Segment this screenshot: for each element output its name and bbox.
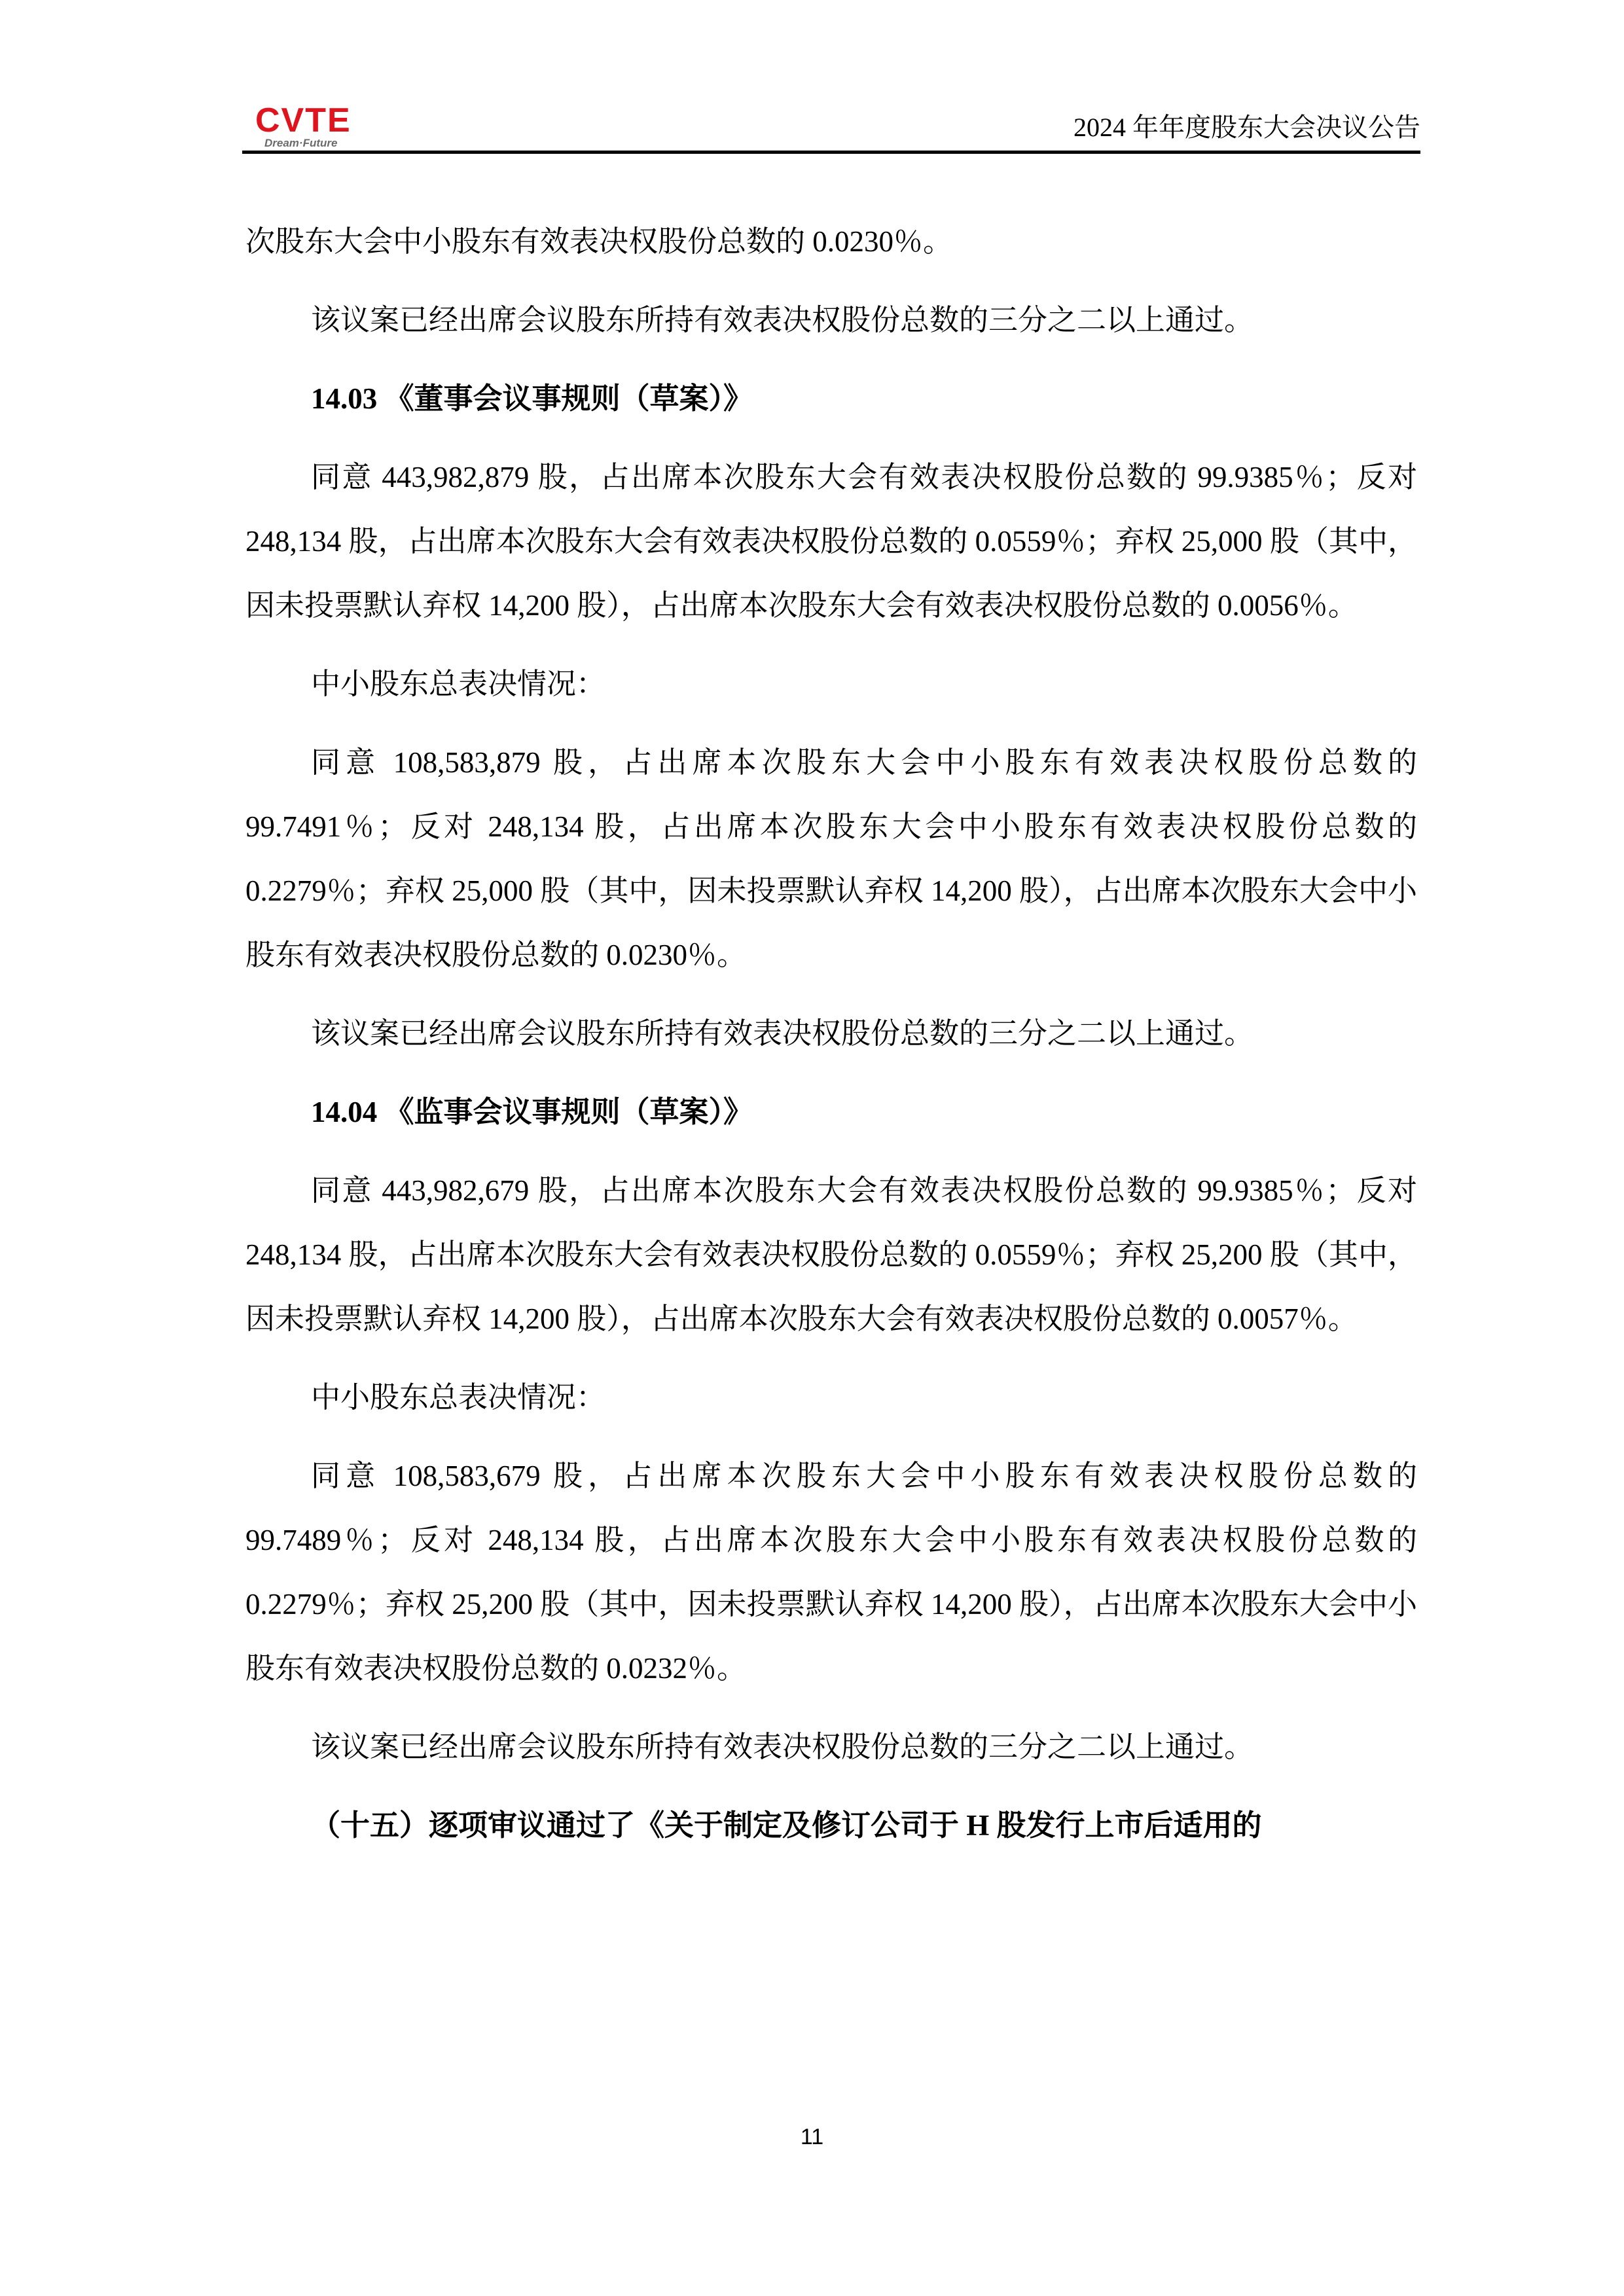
paragraph-approval-statement-14-03: 该议案已经出席会议股东所持有效表决权股份总数的三分之二以上通过。 <box>245 1001 1417 1066</box>
section-heading-14-04: 14.04 《监事会议事规则（草案）》 <box>245 1080 1417 1144</box>
paragraph-minority-label-14-03: 中小股东总表决情况： <box>245 652 1417 716</box>
document-body: 次股东大会中小股东有效表决权股份总数的 0.0230％。 该议案已经出席会议股东… <box>245 209 1417 1872</box>
paragraph-continued-minority-abstain: 次股东大会中小股东有效表决权股份总数的 0.0230％。 <box>245 209 1417 274</box>
header-divider <box>242 151 1420 154</box>
paragraph-total-vote-14-03: 同意 443,982,879 股，占出席本次股东大会有效表决权股份总数的 99.… <box>245 445 1417 637</box>
page-number: 11 <box>0 2124 1624 2150</box>
paragraph-approval-statement: 该议案已经出席会议股东所持有效表决权股份总数的三分之二以上通过。 <box>245 288 1417 352</box>
paragraph-minority-vote-14-03: 同意 108,583,879 股，占出席本次股东大会中小股东有效表决权股份总数的… <box>245 730 1417 987</box>
paragraph-approval-statement-14-04: 该议案已经出席会议股东所持有效表决权股份总数的三分之二以上通过。 <box>245 1715 1417 1779</box>
logo-tagline: Dream·Future <box>264 137 337 149</box>
paragraph-total-vote-14-04: 同意 443,982,679 股，占出席本次股东大会有效表决权股份总数的 99.… <box>245 1158 1417 1351</box>
section-heading-14-03: 14.03 《董事会议事规则（草案）》 <box>245 367 1417 431</box>
page-header: CVTE Dream·Future 2024 年年度股东大会决议公告 <box>242 98 1420 152</box>
paragraph-minority-label-14-04: 中小股东总表决情况： <box>245 1365 1417 1429</box>
document-title: 2024 年年度股东大会决议公告 <box>1074 113 1420 143</box>
section-heading-15: （十五）逐项审议通过了《关于制定及修订公司于 H 股发行上市后适用的 <box>245 1793 1417 1857</box>
paragraph-minority-vote-14-04: 同意 108,583,679 股，占出席本次股东大会中小股东有效表决权股份总数的… <box>245 1444 1417 1700</box>
company-logo: CVTE Dream·Future <box>255 103 367 149</box>
logo-wordmark: CVTE <box>255 103 352 137</box>
